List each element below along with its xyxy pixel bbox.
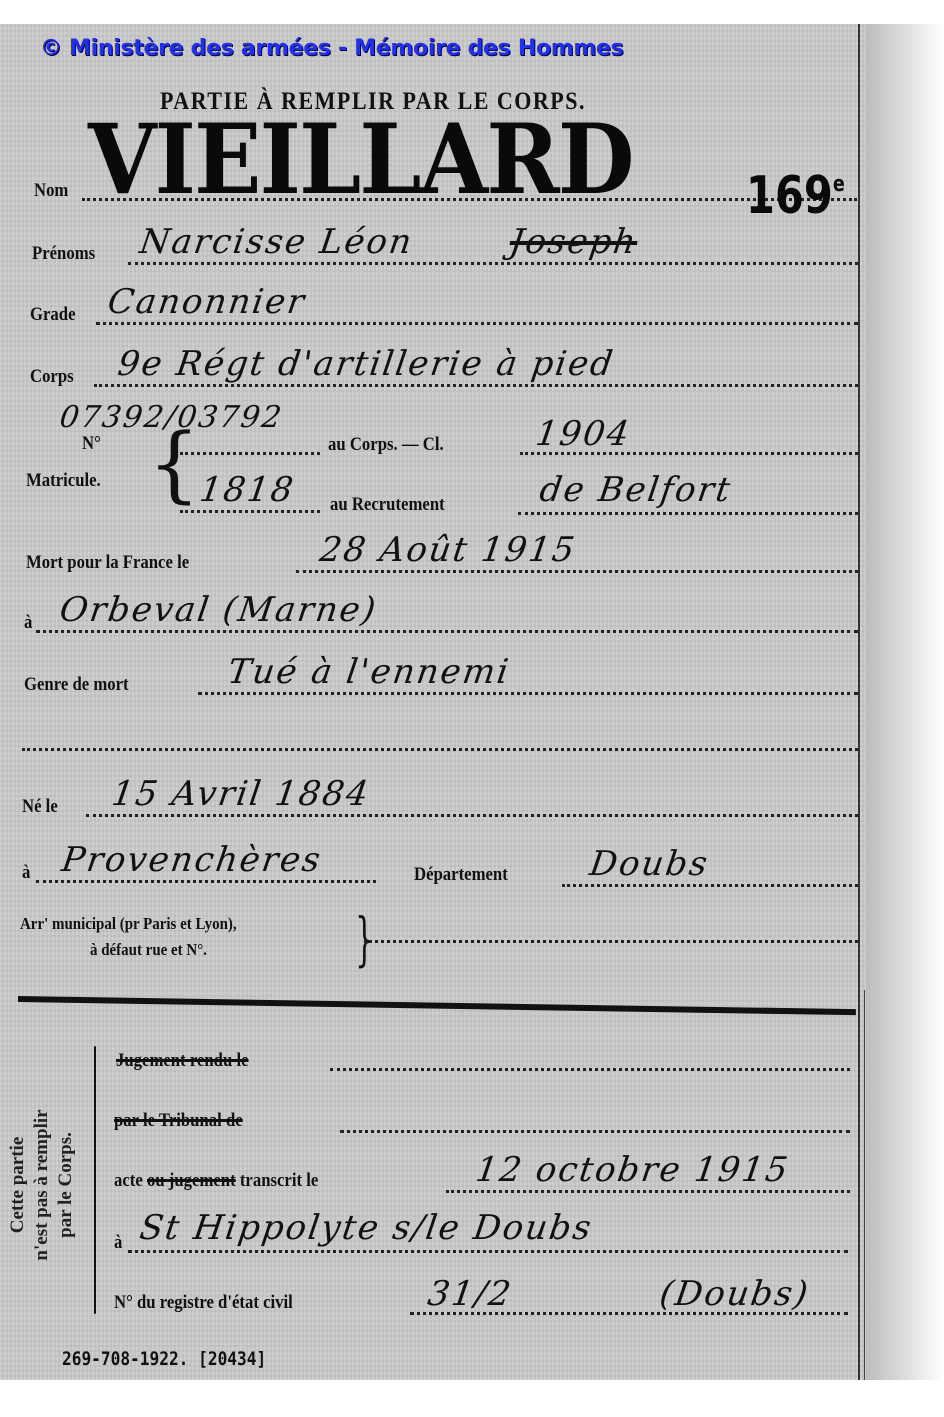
acte-struck: ou jugement [147, 1170, 236, 1191]
prenoms-struck-value: Joseph [507, 222, 640, 262]
naissance-label: Né le [22, 796, 58, 818]
side-note-line1: Cette partie [6, 1080, 30, 1290]
scan-margin [866, 24, 944, 1380]
matricule-brace: { [148, 424, 200, 506]
arrondissement-line [364, 940, 858, 943]
departement-label: Département [414, 864, 508, 886]
card-border-inner [864, 990, 865, 1380]
acte-label: acte ou jugement transcrit le [114, 1170, 318, 1192]
recrutement-line [518, 512, 858, 515]
grade-value: Canonnier [105, 282, 308, 322]
blank-line [22, 748, 858, 751]
corps-matricule-line [180, 452, 320, 455]
mort-label: Mort pour la France le [26, 552, 189, 574]
naissance-date-line [86, 814, 858, 817]
prenoms-value: Narcisse Léon [137, 222, 416, 262]
transcrit-line [446, 1190, 850, 1193]
registre-note: (Doubs) [657, 1274, 812, 1314]
acte-text: acte [114, 1170, 143, 1191]
corps-matricule-number: 07392/03792 [58, 400, 286, 435]
form-reference: 269-708-1922. [20434] [62, 1348, 266, 1370]
mort-lieu-line [36, 630, 858, 633]
regiment-number-value: 169 [746, 166, 833, 226]
corps-label: Corps [30, 366, 74, 388]
copyright-watermark: © Ministère des armées - Mémoire des Hom… [40, 36, 623, 61]
corps-line [94, 384, 858, 387]
genre-de-mort-line [198, 692, 858, 695]
naissance-date: 15 Avril 1884 [109, 774, 372, 814]
side-note-line2: n'est pas à remplir [30, 1080, 54, 1290]
registre-value: 31/2 [425, 1274, 515, 1314]
au-corps-label: au Corps. — Cl. [328, 434, 444, 456]
jugement-rendu-label: Jugement rendu le [116, 1050, 249, 1072]
genre-de-mort-value: Tué à l'ennemi [225, 652, 513, 692]
grade-line [96, 322, 858, 325]
mort-lieu-label: à [24, 612, 32, 634]
recrutement-label: au Recrutement [330, 494, 445, 516]
prenoms-label: Prénoms [32, 243, 95, 265]
jugement-brace [94, 1046, 96, 1314]
mort-date-line [296, 570, 858, 573]
mort-date: 28 Août 1915 [317, 530, 579, 570]
departement-value: Doubs [587, 844, 711, 884]
arrondissement-label-line1: Arr' municipal (pr Paris et Lyon), [20, 914, 237, 934]
transcrit-label: transcrit le [240, 1170, 318, 1191]
naissance-lieu-line [36, 880, 376, 883]
arrondissement-brace: } [355, 910, 373, 968]
jugement-rendu-line [330, 1068, 850, 1071]
grade-label: Grade [30, 304, 76, 326]
recrutement-number-line [180, 510, 320, 513]
transcrit-lieu-label: à [114, 1232, 122, 1254]
mort-lieu: Orbeval (Marne) [57, 590, 380, 630]
transcrit-date: 12 octobre 1915 [473, 1150, 792, 1190]
corps-value: 9e Régt d'artillerie à pied [115, 344, 617, 384]
transcrit-lieu-line [128, 1250, 848, 1253]
matricule-no-label: N° [82, 433, 101, 455]
classe-value: 1904 [533, 414, 633, 454]
regiment-number: 169e [746, 170, 845, 222]
matricule-label: Matricule. [26, 470, 101, 492]
tribunal-line [340, 1130, 850, 1133]
nom-label: Nom [34, 180, 68, 202]
naissance-lieu-label: à [22, 862, 30, 884]
surname: VIEILLARD [88, 112, 633, 208]
naissance-lieu: Provenchères [59, 840, 324, 880]
tribunal-label: par le Tribunal de [114, 1110, 243, 1132]
prenoms-line [128, 262, 858, 265]
card-border [858, 24, 860, 1380]
recrutement-number: 1818 [197, 470, 297, 510]
side-note-line3: par le Corps. [54, 1080, 78, 1290]
departement-line [562, 884, 858, 887]
arrondissement-label-line2: à défaut rue et N°. [90, 940, 207, 960]
transcrit-lieu: St Hippolyte s/le Doubs [137, 1208, 595, 1248]
genre-de-mort-label: Genre de mort [24, 674, 129, 696]
registre-label: N° du registre d'état civil [114, 1292, 293, 1314]
recrutement-value: de Belfort [537, 470, 734, 510]
side-note: Cette partie n'est pas à remplir par le … [6, 1080, 77, 1290]
regiment-number-suffix: e [833, 172, 845, 197]
